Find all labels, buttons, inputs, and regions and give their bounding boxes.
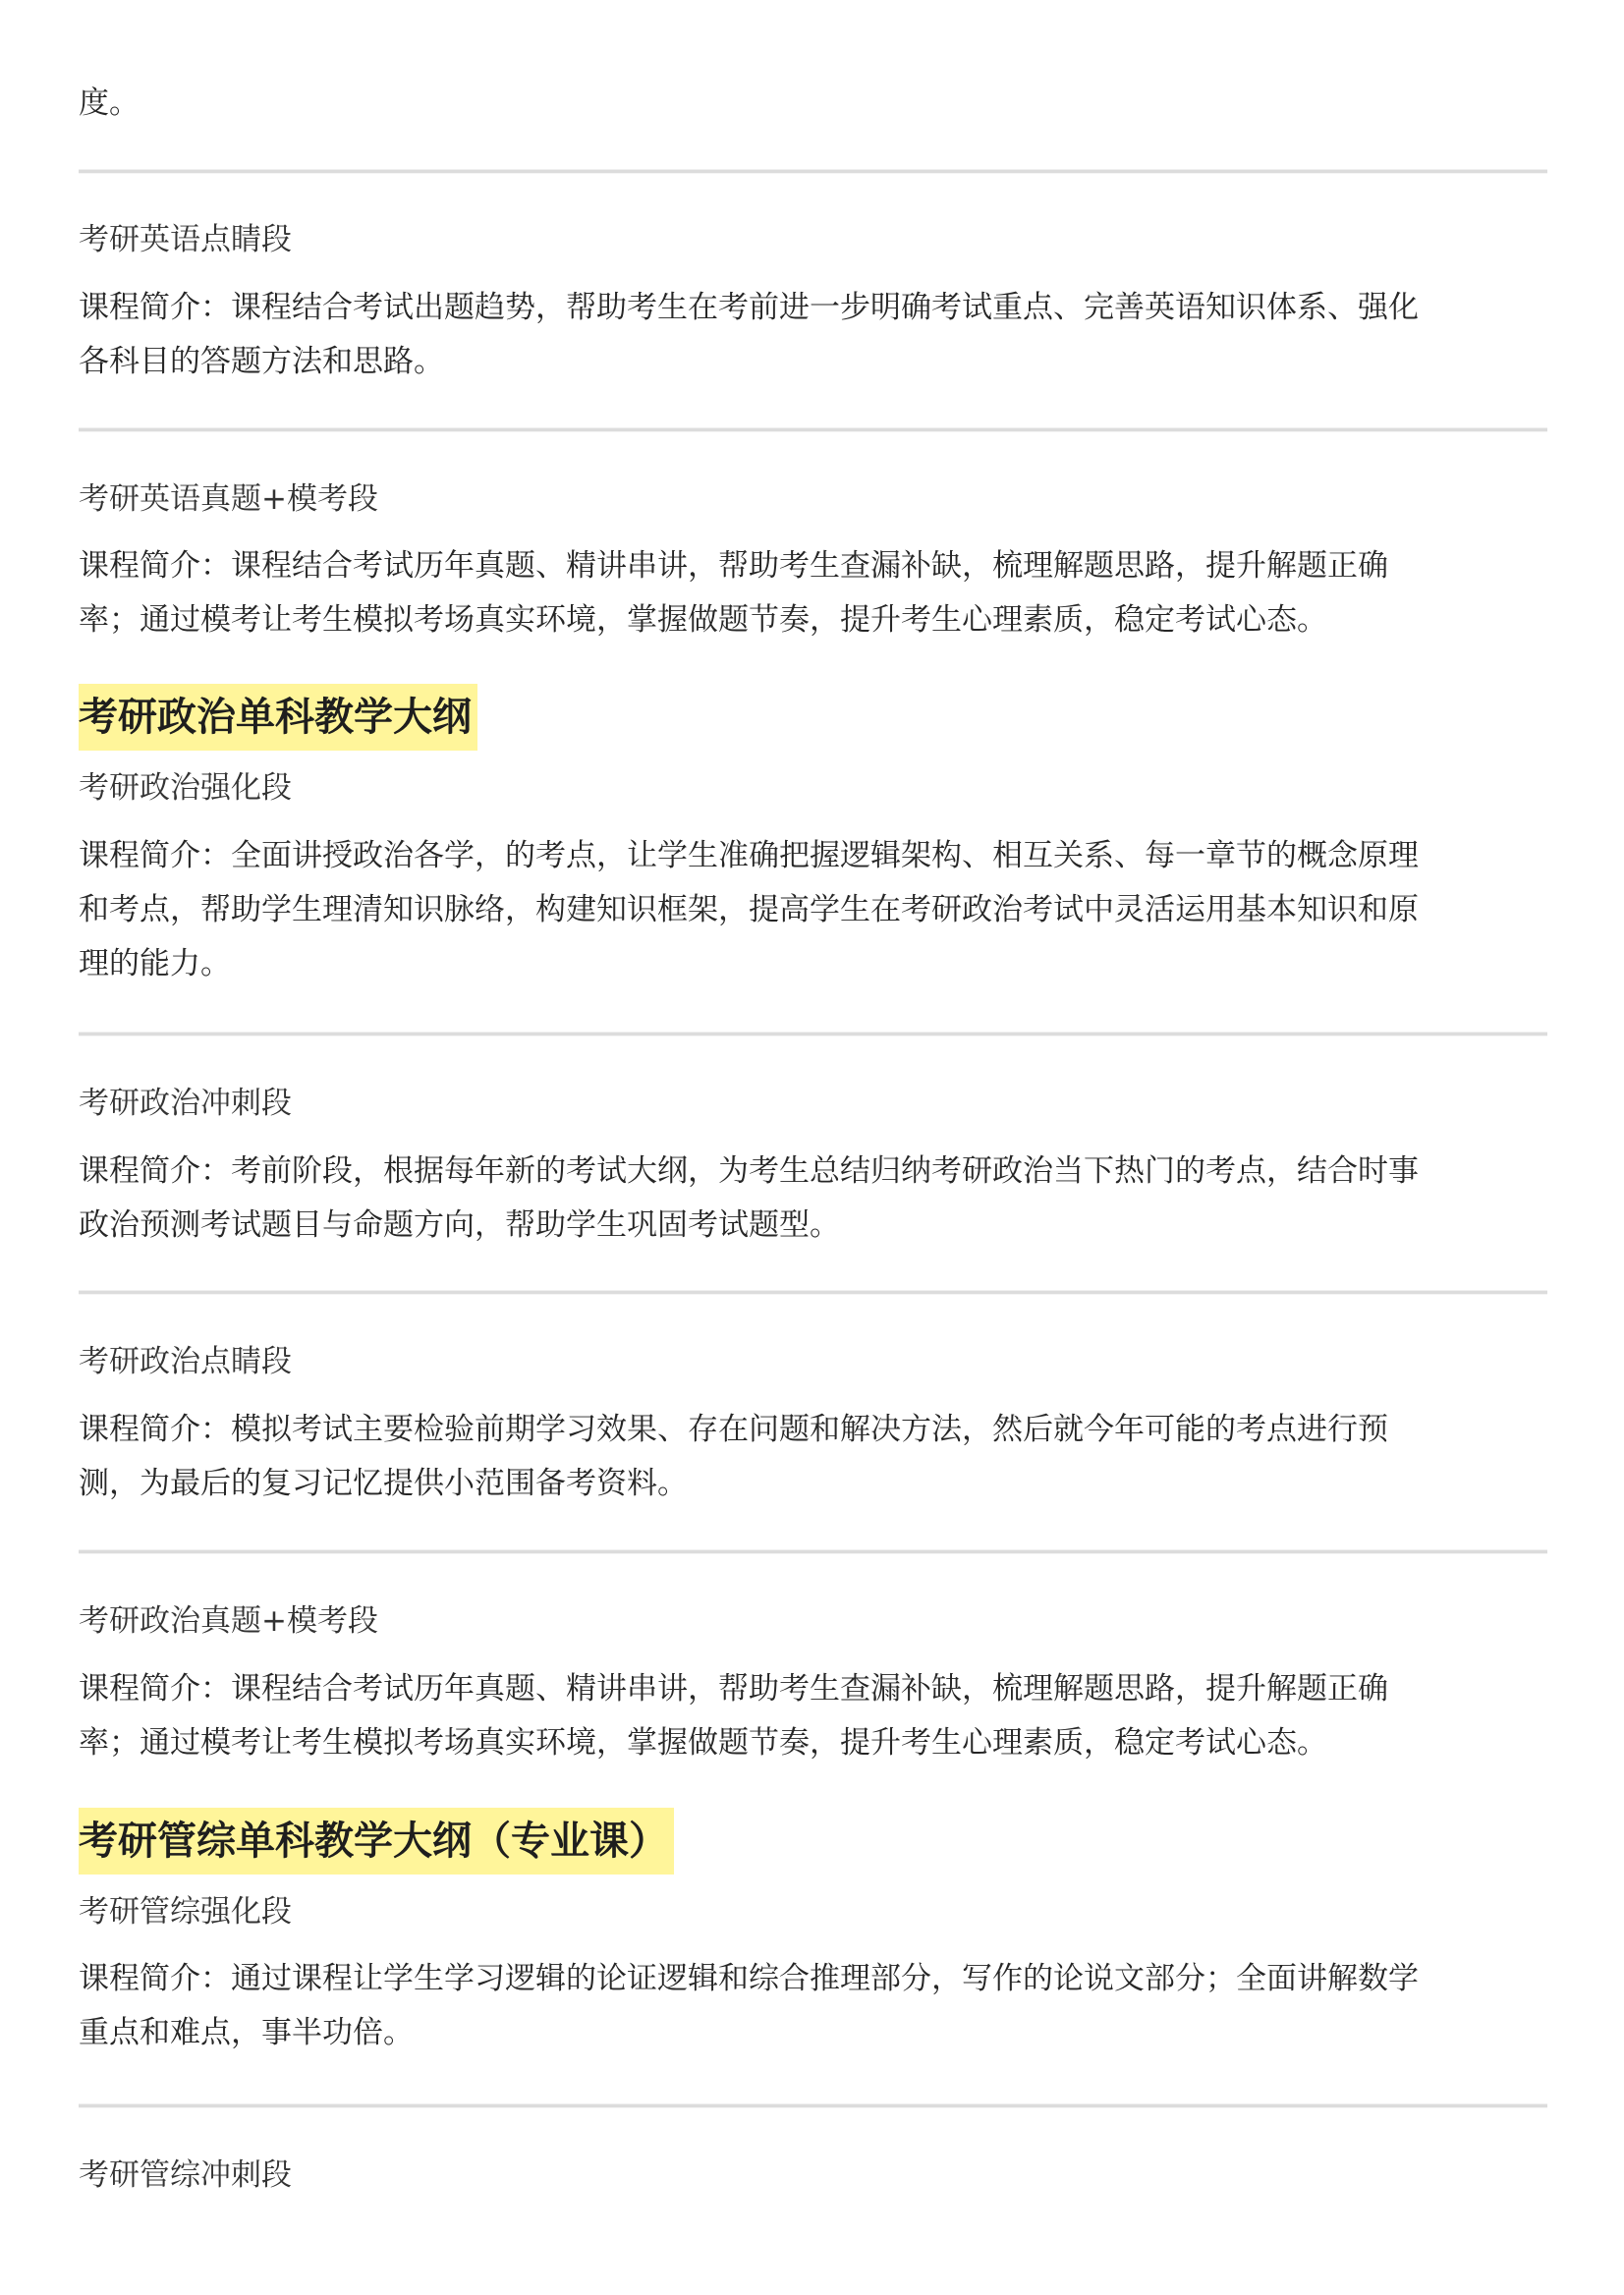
section-heading-management: 考研管综单科教学大纲（专业课）	[79, 1808, 674, 1875]
course-title-politics-qianghua: 考研政治强化段	[79, 768, 292, 808]
paragraph-line: 重点和难点，事半功倍。	[79, 2006, 1552, 2060]
section-divider	[79, 1549, 1547, 1554]
course-title-politics-chongci: 考研政治冲刺段	[79, 1084, 292, 1123]
paragraph-line: 理的能力。	[79, 937, 1552, 991]
paragraph-tail: 度。	[79, 77, 1552, 131]
paragraph-line: 各科目的答题方法和思路。	[79, 335, 1552, 389]
section-divider	[79, 427, 1547, 432]
course-title-politics-dianjing: 考研政治点睛段	[79, 1342, 292, 1381]
section-divider	[79, 1290, 1547, 1295]
course-desc-politics-dianjing: 课程简介：模拟考试主要检验前期学习效果、存在问题和解决方法，然后就今年可能的考点…	[79, 1403, 1552, 1511]
course-desc-politics-qianghua: 课程简介：全面讲授政治各学，的考点，让学生准确把握逻辑架构、相互关系、每一章节的…	[79, 829, 1552, 991]
paragraph-line: 和考点，帮助学生理清知识脉络，构建知识框架，提高学生在考研政治考试中灵活运用基本…	[79, 883, 1552, 937]
paragraph-line: 率；通过模考让考生模拟考场真实环境，掌握做题节奏，提升考生心理素质，稳定考试心态…	[79, 1716, 1552, 1770]
section-divider	[79, 169, 1547, 174]
section-heading-politics: 考研政治单科教学大纲	[79, 684, 477, 751]
paragraph-line: 率；通过模考让考生模拟考场真实环境，掌握做题节奏，提升考生心理素质，稳定考试心态…	[79, 593, 1552, 647]
course-desc-politics-chongci: 课程简介：考前阶段，根据每年新的考试大纲，为考生总结归纳考研政治当下热门的考点，…	[79, 1145, 1552, 1253]
section-divider	[79, 1032, 1547, 1036]
course-desc-politics-zhenti: 课程简介：课程结合考试历年真题、精讲串讲，帮助考生查漏补缺，梳理解题思路，提升解…	[79, 1662, 1552, 1770]
paragraph-line: 课程简介：课程结合考试历年真题、精讲串讲，帮助考生查漏补缺，梳理解题思路，提升解…	[79, 1662, 1552, 1716]
course-title-politics-zhenti: 考研政治真题+模考段	[79, 1601, 378, 1641]
course-title-management-qianghua: 考研管综强化段	[79, 1892, 292, 1931]
paragraph-line: 课程简介：通过课程让学生学习逻辑的论证逻辑和综合推理部分，写作的论说文部分；全面…	[79, 1952, 1552, 2006]
course-title-management-chongci: 考研管综冲刺段	[79, 2155, 292, 2195]
paragraph-line: 课程简介：全面讲授政治各学，的考点，让学生准确把握逻辑架构、相互关系、每一章节的…	[79, 829, 1552, 883]
course-desc-english-dianjing: 课程简介：课程结合考试出题趋势，帮助考生在考前进一步明确考试重点、完善英语知识体…	[79, 281, 1552, 389]
paragraph-line: 课程简介：模拟考试主要检验前期学习效果、存在问题和解决方法，然后就今年可能的考点…	[79, 1403, 1552, 1457]
paragraph-line: 课程简介：课程结合考试历年真题、精讲串讲，帮助考生查漏补缺，梳理解题思路，提升解…	[79, 539, 1552, 593]
paragraph-line: 课程简介：课程结合考试出题趋势，帮助考生在考前进一步明确考试重点、完善英语知识体…	[79, 281, 1552, 335]
paragraph-line: 课程简介：考前阶段，根据每年新的考试大纲，为考生总结归纳考研政治当下热门的考点，…	[79, 1145, 1552, 1199]
section-divider	[79, 2103, 1547, 2108]
paragraph-line: 度。	[79, 77, 1552, 131]
course-desc-english-zhenti: 课程简介：课程结合考试历年真题、精讲串讲，帮助考生查漏补缺，梳理解题思路，提升解…	[79, 539, 1552, 647]
document-page: 度。 考研英语点睛段 课程简介：课程结合考试出题趋势，帮助考生在考前进一步明确考…	[0, 0, 1624, 2295]
course-desc-management-qianghua: 课程简介：通过课程让学生学习逻辑的论证逻辑和综合推理部分，写作的论说文部分；全面…	[79, 1952, 1552, 2060]
course-title-english-zhenti: 考研英语真题+模考段	[79, 479, 378, 519]
course-title-english-dianjing: 考研英语点睛段	[79, 220, 292, 259]
paragraph-line: 政治预测考试题目与命题方向，帮助学生巩固考试题型。	[79, 1199, 1552, 1253]
paragraph-line: 测，为最后的复习记忆提供小范围备考资料。	[79, 1457, 1552, 1511]
